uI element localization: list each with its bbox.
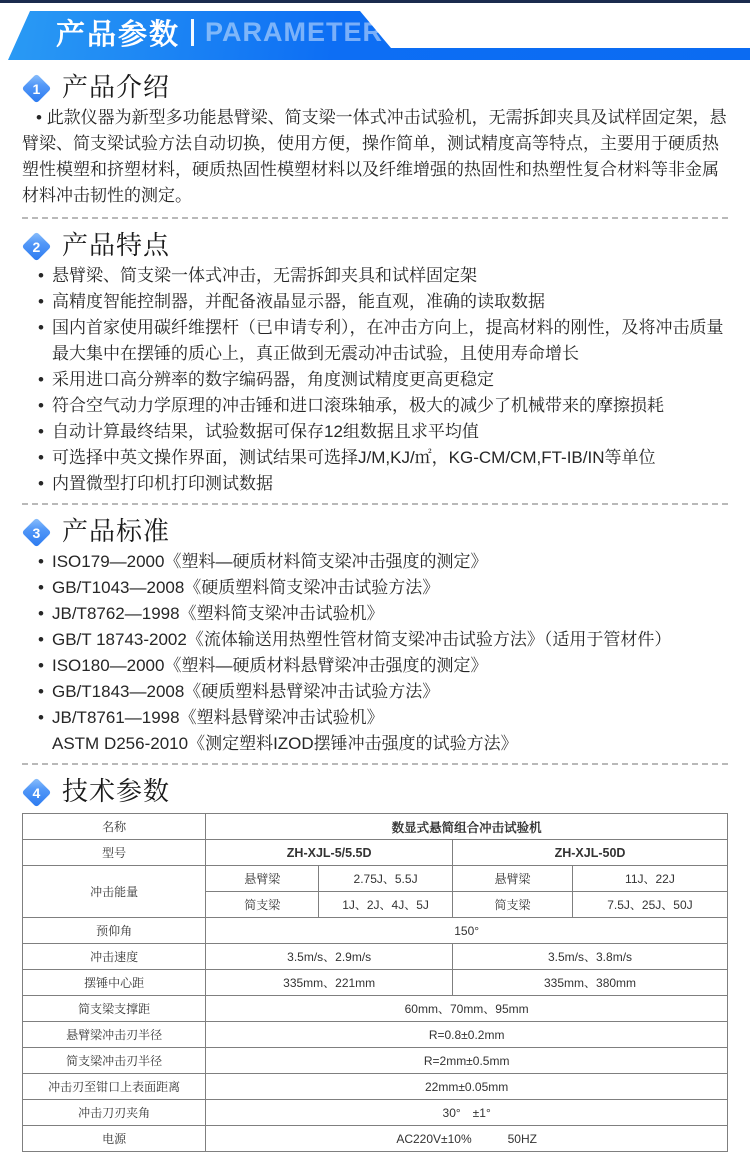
- spec-value-cell: 60mm、70mm、95mm: [206, 996, 728, 1022]
- spec-value-cell: 335mm、380mm: [453, 970, 728, 996]
- standard-item: GB/T 18743-2002《流体输送用热塑性管材简支梁冲击试验方法》（适用于…: [38, 627, 728, 653]
- spec-label-cell: 名称: [23, 814, 206, 840]
- spec-row: 摆锤中心距 335mm、221mm 335mm、380mm: [23, 970, 728, 996]
- spec-row: 悬臂梁冲击刃半径 R=0.8±0.2mm: [23, 1022, 728, 1048]
- spec-value-cell: R=2mm±0.5mm: [206, 1048, 728, 1074]
- section-1-heading: 1 产品介绍: [22, 72, 728, 102]
- spec-value-cell: 1J、2J、4J、5J: [319, 892, 453, 918]
- section-4-heading: 4 技术参数: [22, 776, 728, 806]
- section-1-title: 产品介绍: [62, 72, 170, 102]
- spec-label-cell: 电源: [23, 1126, 206, 1152]
- spec-row: 冲击刃至钳口上表面距离 22mm±0.05mm: [23, 1074, 728, 1100]
- page-content: 1 产品介绍 此款仪器为新型多功能悬臂梁、简支梁一体式冲击试验机，无需拆卸夹具及…: [0, 72, 750, 1152]
- banner-title-cn: 产品参数: [56, 12, 180, 53]
- spec-label-cell: 冲击能量: [23, 866, 206, 918]
- section-2-number: 2: [33, 238, 41, 254]
- standards-list: ISO179—2000《塑料—硬质材料简支梁冲击强度的测定》 GB/T1043—…: [22, 549, 728, 757]
- spec-row: 预仰角 150°: [23, 918, 728, 944]
- dashed-divider: [22, 217, 728, 219]
- standard-item: ISO179—2000《塑料—硬质材料简支梁冲击强度的测定》: [38, 549, 728, 575]
- product-parameters-page: 产品参数 PARAMETERS 1 产品介绍 此款仪器为新型多功能悬臂梁、简支梁…: [0, 0, 750, 1162]
- spec-label-cell: 预仰角: [23, 918, 206, 944]
- feature-item: 自动计算最终结果，试验数据可保存12组数据且求平均值: [38, 419, 728, 445]
- spec-value-cell: 数显式悬简组合冲击试验机: [206, 814, 728, 840]
- spec-row-model: 型号 ZH-XJL-5/5.5D ZH-XJL-50D: [23, 840, 728, 866]
- intro-paragraph: 此款仪器为新型多功能悬臂梁、简支梁一体式冲击试验机，无需拆卸夹具及试样固定架，悬…: [22, 105, 728, 209]
- spec-value-cell: R=0.8±0.2mm: [206, 1022, 728, 1048]
- section-3-heading: 3 产品标准: [22, 516, 728, 546]
- spec-row: 冲击速度 3.5m/s、2.9m/s 3.5m/s、3.8m/s: [23, 944, 728, 970]
- section-4-number: 4: [33, 784, 41, 800]
- spec-row-energy-izod: 冲击能量 悬臂梁 2.75J、5.5J 悬臂梁 11J、22J: [23, 866, 728, 892]
- banner-title: 产品参数 PARAMETERS: [56, 13, 402, 51]
- standard-item: ISO180—2000《塑料—硬质材料悬臂梁冲击强度的测定》: [38, 653, 728, 679]
- spec-label-cell: 悬臂梁冲击刃半径: [23, 1022, 206, 1048]
- spec-label-cell: 简支梁冲击刃半径: [23, 1048, 206, 1074]
- spec-value-cell: ZH-XJL-50D: [453, 840, 728, 866]
- standard-item: GB/T1043—2008《硬质塑料简支梁冲击试验方法》: [38, 575, 728, 601]
- spec-value-cell: 335mm、221mm: [206, 970, 453, 996]
- feature-item: 可选择中英文操作界面，测试结果可选择J/M,KJ/㎡，KG-CM/CM,FT-I…: [38, 445, 728, 471]
- spec-row: 简支梁冲击刃半径 R=2mm±0.5mm: [23, 1048, 728, 1074]
- spec-sublabel-cell: 悬臂梁: [206, 866, 319, 892]
- standard-item: JB/T8762—1998《塑料简支梁冲击试验机》: [38, 601, 728, 627]
- diamond-number-3-icon: 3: [22, 517, 52, 547]
- feature-item: 悬臂梁、简支梁一体式冲击，无需拆卸夹具和试样固定架: [38, 263, 728, 289]
- standard-item: ASTM D256-2010《测定塑料IZOD摆锤冲击强度的试验方法》: [38, 731, 728, 757]
- spec-row-name: 名称 数显式悬简组合冲击试验机: [23, 814, 728, 840]
- banner-separator-bar: [191, 19, 194, 46]
- feature-item: 内置微型打印机打印测试数据: [38, 471, 728, 497]
- spec-label-cell: 摆锤中心距: [23, 970, 206, 996]
- spec-value-cell: 7.5J、25J、50J: [572, 892, 727, 918]
- spec-label-cell: 冲击速度: [23, 944, 206, 970]
- spec-label-cell: 冲击刃至钳口上表面距离: [23, 1074, 206, 1100]
- spec-value-cell: 22mm±0.05mm: [206, 1074, 728, 1100]
- dashed-divider: [22, 503, 728, 505]
- standard-item: GB/T1843—2008《硬质塑料悬臂梁冲击试验方法》: [38, 679, 728, 705]
- spec-row: 冲击刀刃夹角 30° ±1°: [23, 1100, 728, 1126]
- section-2-heading: 2 产品特点: [22, 230, 728, 260]
- spec-value-cell: AC220V±10% 50HZ: [206, 1126, 728, 1152]
- spec-value-cell: 3.5m/s、2.9m/s: [206, 944, 453, 970]
- spec-value-cell: 30° ±1°: [206, 1100, 728, 1126]
- spec-label-cell: 型号: [23, 840, 206, 866]
- spec-label-cell: 冲击刀刃夹角: [23, 1100, 206, 1126]
- spec-row: 简支梁支撑距 60mm、70mm、95mm: [23, 996, 728, 1022]
- spec-table: 名称 数显式悬简组合冲击试验机 型号 ZH-XJL-5/5.5D ZH-XJL-…: [22, 813, 728, 1152]
- spec-row: 电源 AC220V±10% 50HZ: [23, 1126, 728, 1152]
- feature-item: 符合空气动力学原理的冲击锤和进口滚珠轴承，极大的减少了机械带来的摩擦损耗: [38, 393, 728, 419]
- spec-sublabel-cell: 简支梁: [206, 892, 319, 918]
- spec-value-cell: 11J、22J: [572, 866, 727, 892]
- spec-sublabel-cell: 悬臂梁: [453, 866, 573, 892]
- section-4-title: 技术参数: [62, 776, 170, 806]
- spec-value-cell: 2.75J、5.5J: [319, 866, 453, 892]
- section-2-title: 产品特点: [62, 230, 170, 260]
- spec-value-cell: 150°: [206, 918, 728, 944]
- section-1-number: 1: [33, 80, 41, 96]
- banner-title-en: PARAMETERS: [205, 17, 402, 48]
- spec-value-cell: 3.5m/s、3.8m/s: [453, 944, 728, 970]
- feature-item: 国内首家使用碳纤维摆杆（已申请专利），在冲击方向上，提高材料的刚性，及将冲击质量…: [38, 315, 728, 367]
- feature-item: 高精度智能控制器，并配备液晶显示器，能直观，准确的读取数据: [38, 289, 728, 315]
- header-banner: 产品参数 PARAMETERS: [0, 3, 750, 61]
- spec-sublabel-cell: 简支梁: [453, 892, 573, 918]
- diamond-number-2-icon: 2: [22, 231, 52, 261]
- diamond-number-1-icon: 1: [22, 73, 52, 103]
- feature-item: 采用进口高分辨率的数字编码器，角度测试精度更高更稳定: [38, 367, 728, 393]
- standard-item: JB/T8761—1998《塑料悬臂梁冲击试验机》: [38, 705, 728, 731]
- feature-list: 悬臂梁、简支梁一体式冲击，无需拆卸夹具和试样固定架 高精度智能控制器，并配备液晶…: [22, 263, 728, 497]
- spec-label-cell: 简支梁支撑距: [23, 996, 206, 1022]
- diamond-number-4-icon: 4: [22, 777, 52, 807]
- spec-value-cell: ZH-XJL-5/5.5D: [206, 840, 453, 866]
- section-3-number: 3: [33, 524, 41, 540]
- dashed-divider: [22, 763, 728, 765]
- section-3-title: 产品标准: [62, 516, 170, 546]
